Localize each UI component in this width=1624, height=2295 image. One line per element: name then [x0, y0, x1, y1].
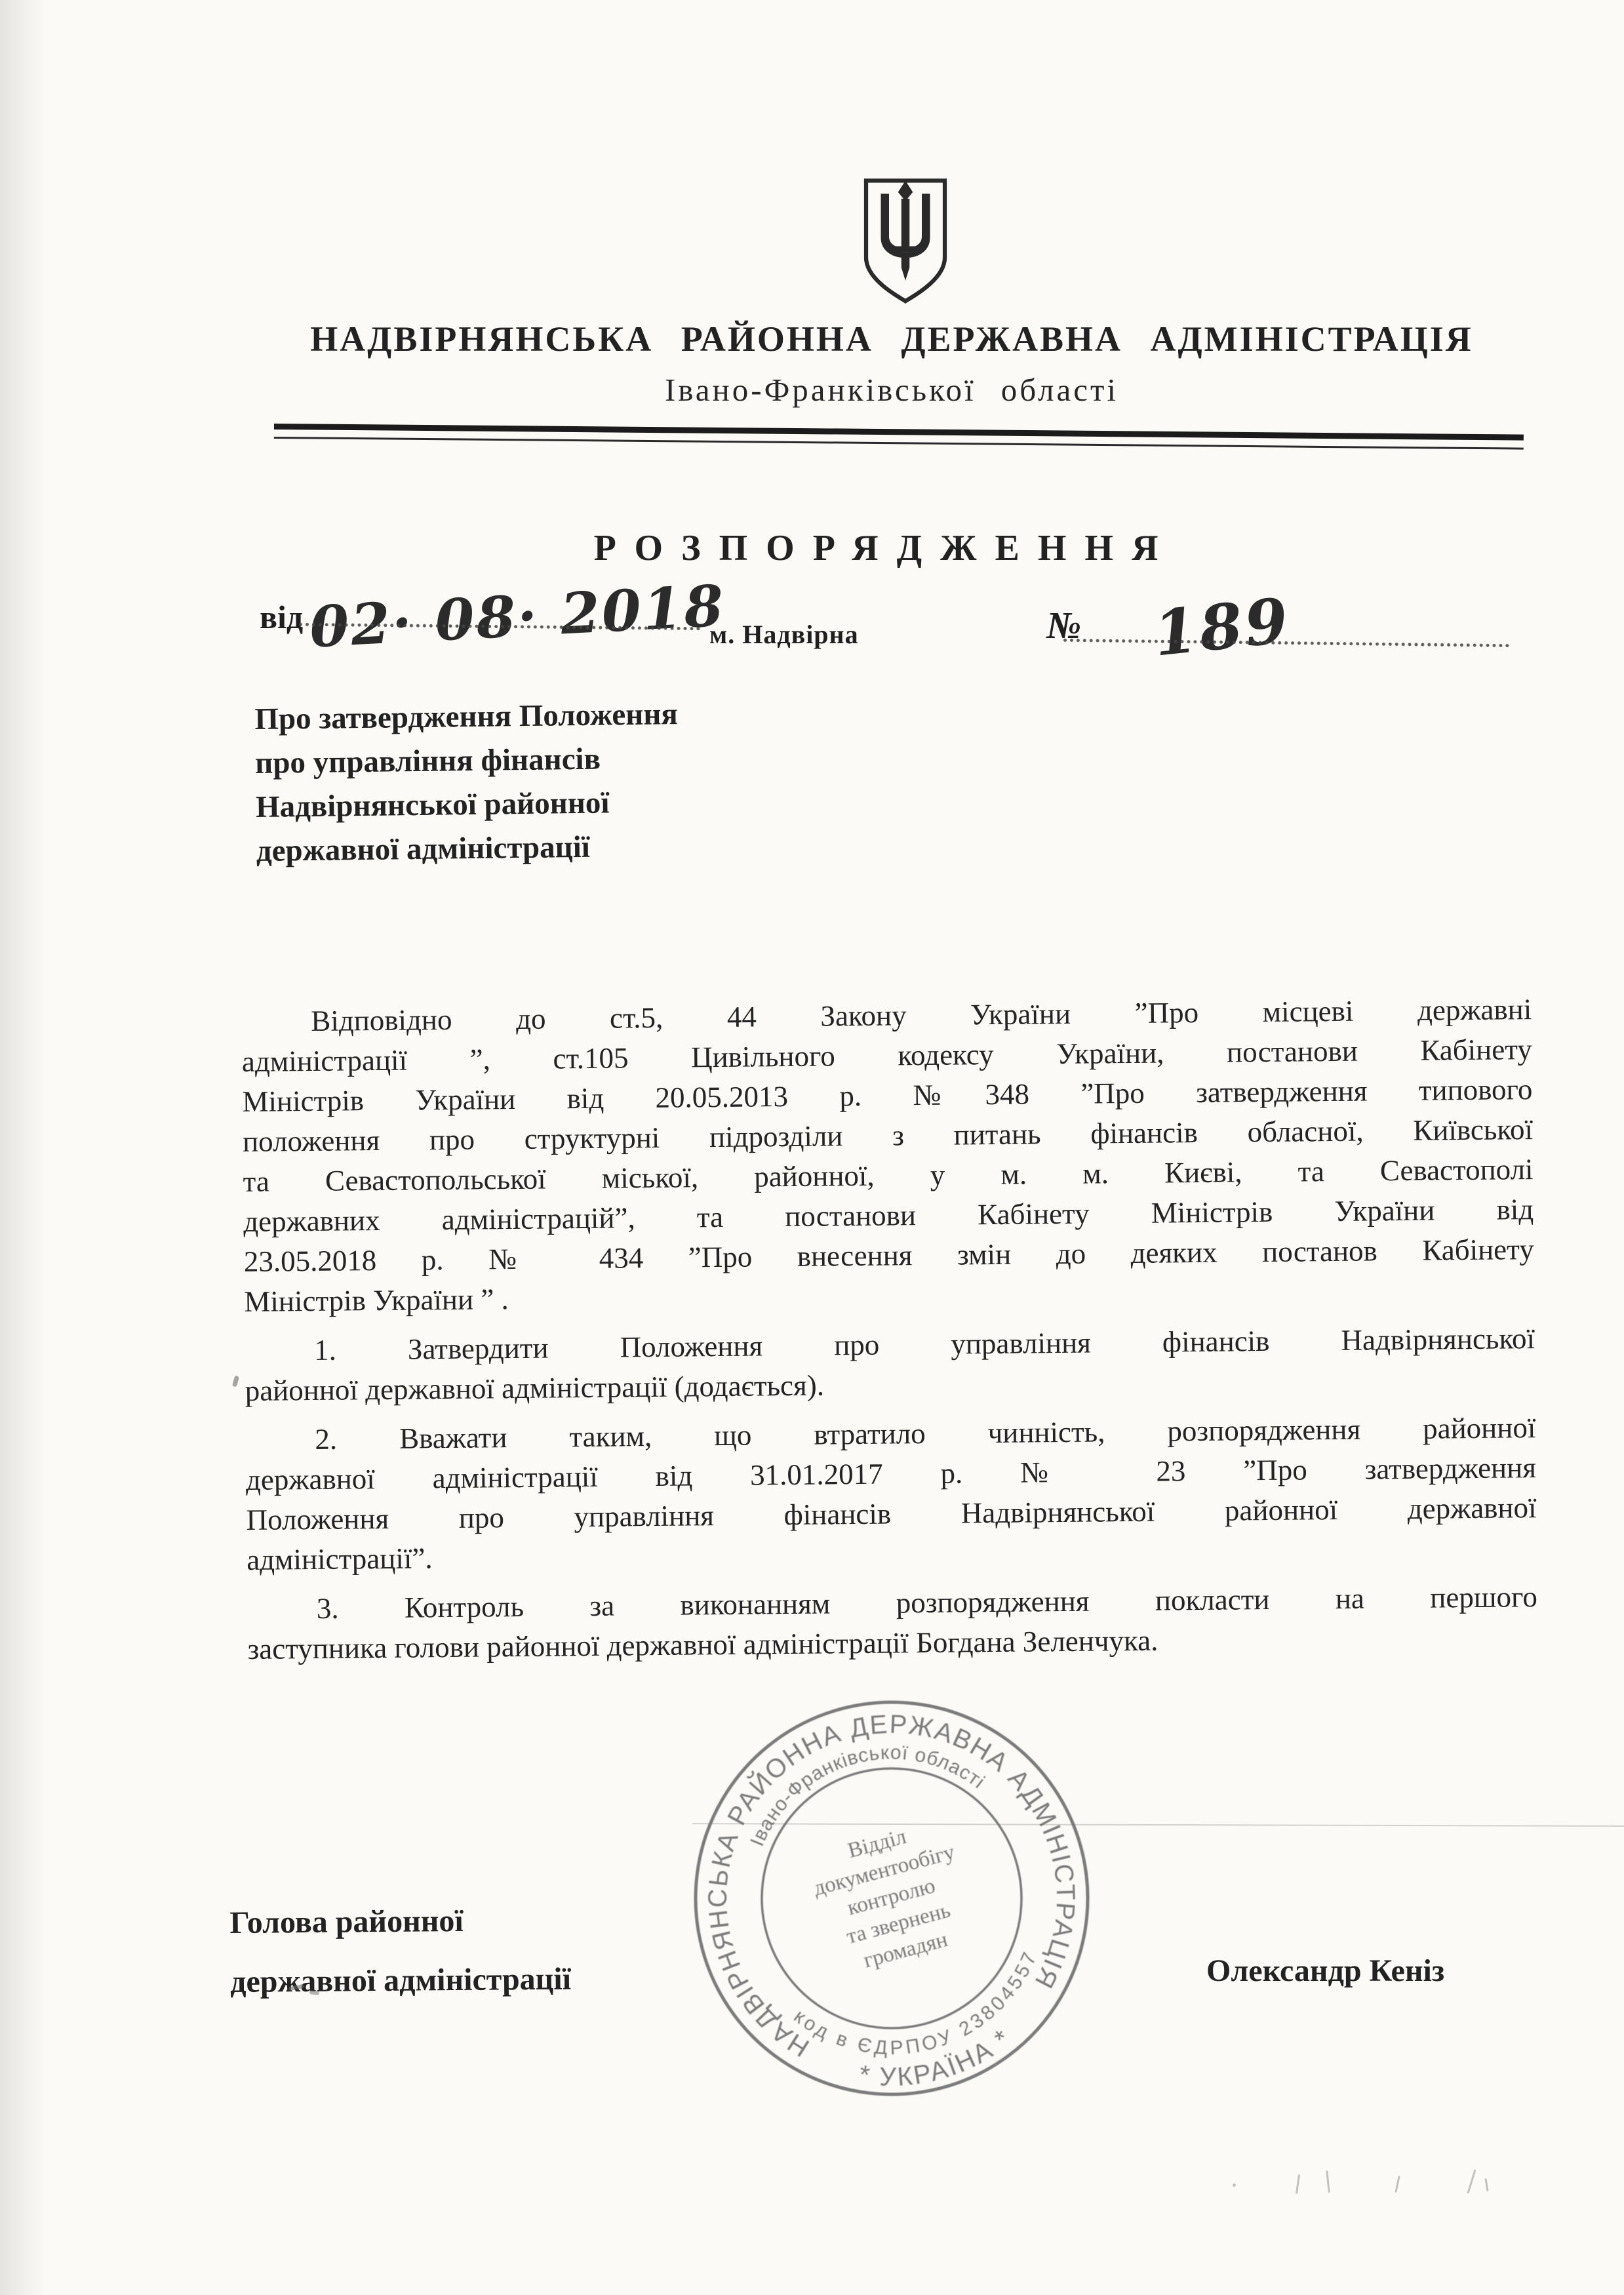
subject-line: про управління фінансів — [255, 734, 911, 786]
subject-line: Надвірнянської районної — [256, 778, 912, 829]
signature-name: Олександр Кеніз — [1206, 1953, 1613, 1989]
paragraph-item-3: 3. Контроль за виконанням розпорядження … — [247, 1577, 1538, 1669]
document-body: Відповідно до ст.5, 44 Закону України ”П… — [241, 989, 1538, 1679]
handwritten-number: 189 — [1151, 584, 1294, 670]
date-label: від — [260, 598, 303, 636]
org-name: НАДВІРНЯНСЬКА РАЙОННА ДЕРЖАВНА АДМІНІСТР… — [157, 319, 1624, 359]
pencil-mark — [1326, 2170, 1330, 2193]
paragraph-item-2: 2. Вважати таким, що втратило чинність, … — [245, 1408, 1537, 1580]
stamp-center-text: Відділ документообігу контролю та зверне… — [804, 1814, 979, 1980]
subject-line: державної адміністрації — [256, 822, 912, 873]
place-label: м. Надвірна — [709, 619, 859, 650]
pencil-mark — [1296, 2174, 1300, 2194]
pencil-mark — [1395, 2176, 1400, 2193]
pencil-mark — [1467, 2169, 1476, 2193]
handwritten-date: 02· 08· 2018 — [308, 572, 727, 660]
org-region: Івано-Франківської області — [157, 371, 1624, 409]
paragraph-item-1: 1. Затвердити Положення про управління ф… — [245, 1319, 1535, 1411]
subject-block: Про затвердження Положення про управлінн… — [254, 690, 912, 873]
pencil-mark — [1484, 2178, 1488, 2191]
pencil-dot — [1233, 2184, 1236, 2187]
scanned-document-page: НАДВІРНЯНСЬКА РАЙОННА ДЕРЖАВНА АДМІНІСТР… — [0, 0, 1624, 2295]
trident-emblem-icon — [856, 176, 955, 307]
document-title: РОЗПОРЯДЖЕННЯ — [157, 527, 1613, 569]
subject-line: Про затвердження Положення — [254, 690, 911, 742]
header-divider — [274, 424, 1524, 450]
ink-speck — [232, 1375, 239, 1387]
paragraph-preamble: Відповідно до ст.5, 44 Закону України ”П… — [241, 989, 1535, 1322]
official-round-stamp: НАДВІРНЯНСЬКА РАЙОННА ДЕРЖАВНА АДМІНІСТР… — [682, 1688, 1101, 2108]
